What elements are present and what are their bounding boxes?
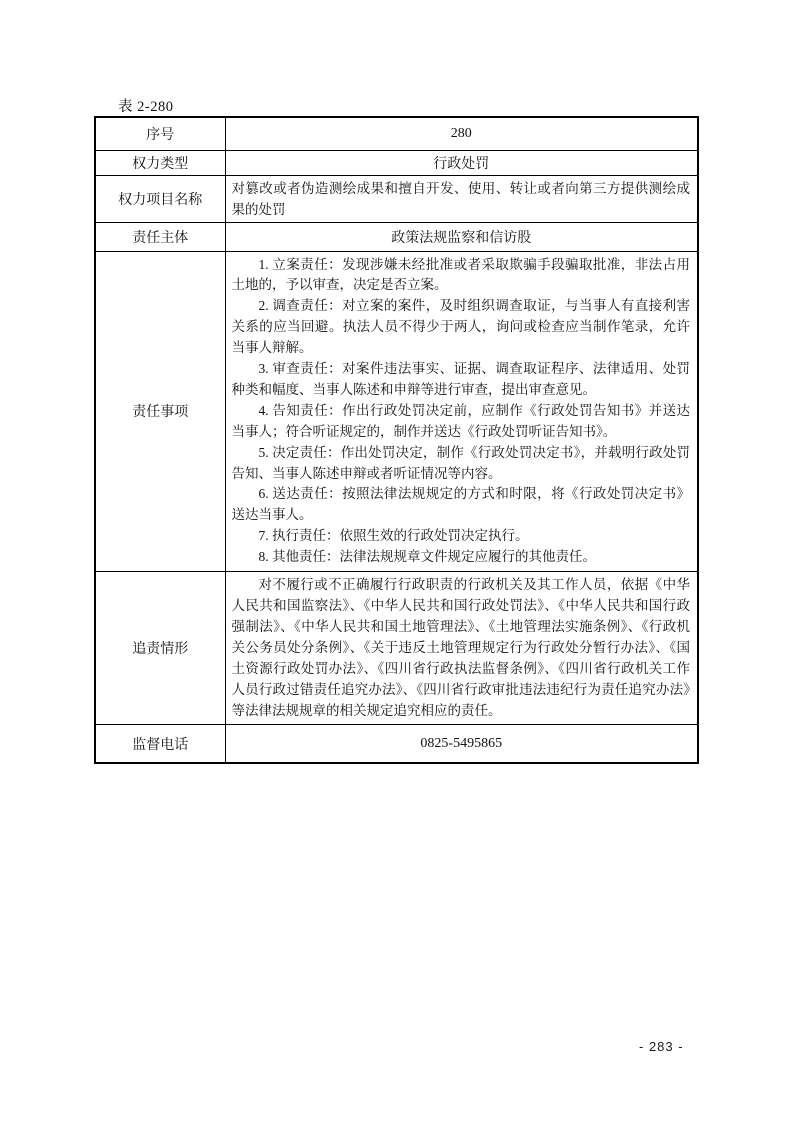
power-item-name-value: 对篡改或者伪造测绘成果和擅自开发、使用、转让或者向第三方提供测绘成果的处罚	[225, 175, 698, 222]
serial-number-value: 280	[225, 117, 698, 150]
table-row-responsible-body: 责任主体 政策法规监察和信访股	[95, 222, 698, 251]
accountability-situations-label: 追责情形	[95, 572, 225, 725]
duty-item-3: 3. 审查责任：对案件违法事实、证据、调查取证程序、法律适用、处罚种类和幅度、当…	[232, 359, 691, 401]
table-caption: 表 2-280	[118, 95, 173, 116]
duty-item-7: 7. 执行责任：依照生效的行政处罚决定执行。	[232, 526, 691, 547]
duty-item-5: 5. 决定责任：作出处罚决定，制作《行政处罚决定书》，并载明行政处罚告知、当事人…	[232, 443, 691, 485]
power-item-name-label: 权力项目名称	[95, 175, 225, 222]
document-page: 表 2-280 序号 280 权力类型 行政处罚 权力项目名称 对篡改或者伪造测…	[0, 0, 793, 1122]
serial-number-label: 序号	[95, 117, 225, 150]
duty-item-2: 2. 调查责任：对立案的案件，及时组织调查取证，与当事人有直接利害关系的应当回避…	[232, 296, 691, 359]
accountability-paragraph: 对不履行或不正确履行行政职责的行政机关及其工作人员，依据《中华人民共和国监察法》…	[232, 575, 691, 721]
page-number: - 283 -	[639, 1039, 684, 1054]
duty-item-8: 8. 其他责任：法律法规规章文件规定应履行的其他责任。	[232, 547, 691, 568]
duty-item-4: 4. 告知责任：作出行政处罚决定前，应制作《行政处罚告知书》并送达当事人；符合听…	[232, 401, 691, 443]
table-row-responsibility-matters: 责任事项 1. 立案责任：发现涉嫌未经批准或者采取欺骗手段骗取批准，非法占用土地…	[95, 251, 698, 572]
accountability-situations-value: 对不履行或不正确履行行政职责的行政机关及其工作人员，依据《中华人民共和国监察法》…	[225, 572, 698, 725]
duty-item-6: 6. 送达责任：按照法律法规规定的方式和时限，将《行政处罚决定书》送达当事人。	[232, 484, 691, 526]
duty-item-1: 1. 立案责任：发现涉嫌未经批准或者采取欺骗手段骗取批准，非法占用土地的，予以审…	[232, 255, 691, 297]
table-row-supervision-phone: 监督电话 0825-5495865	[95, 725, 698, 763]
responsibility-matters-label: 责任事项	[95, 251, 225, 572]
supervision-phone-label: 监督电话	[95, 725, 225, 763]
table-row-serial: 序号 280	[95, 117, 698, 150]
responsible-body-value: 政策法规监察和信访股	[225, 222, 698, 251]
power-type-label: 权力类型	[95, 150, 225, 175]
table-row-power-type: 权力类型 行政处罚	[95, 150, 698, 175]
responsibility-matters-value: 1. 立案责任：发现涉嫌未经批准或者采取欺骗手段骗取批准，非法占用土地的，予以审…	[225, 251, 698, 572]
power-type-value: 行政处罚	[225, 150, 698, 175]
supervision-phone-value: 0825-5495865	[225, 725, 698, 763]
table-row-power-item-name: 权力项目名称 对篡改或者伪造测绘成果和擅自开发、使用、转让或者向第三方提供测绘成…	[95, 175, 698, 222]
table-row-accountability-situations: 追责情形 对不履行或不正确履行行政职责的行政机关及其工作人员，依据《中华人民共和…	[95, 572, 698, 725]
power-item-table: 序号 280 权力类型 行政处罚 权力项目名称 对篡改或者伪造测绘成果和擅自开发…	[94, 116, 699, 764]
responsible-body-label: 责任主体	[95, 222, 225, 251]
